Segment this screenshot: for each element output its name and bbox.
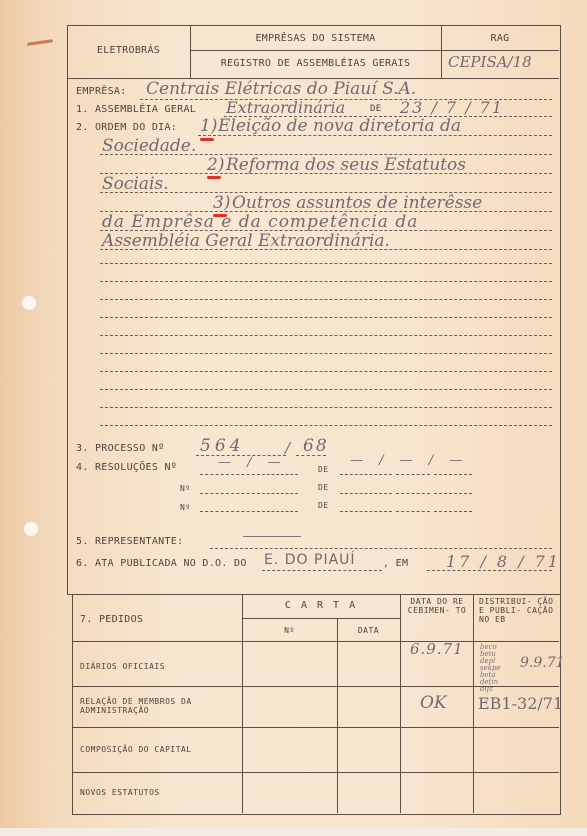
ata-label: 6. ATA PUBLICADA NO D.O. DO	[76, 558, 247, 569]
resolucao-no-line	[200, 474, 260, 475]
resolucao-de-line	[434, 474, 472, 475]
distribution-initials: beco betu depl sekpe beta detin difc	[480, 644, 501, 693]
processo-label: 3. PROCESSO Nº	[76, 443, 165, 454]
row-relacao-distribuicao: EB1-32/71	[478, 694, 563, 713]
agenda-item-2-text: Reforma dos seus Estatutos	[226, 155, 466, 175]
red-underline	[200, 138, 214, 141]
resolucao-no-line	[262, 474, 298, 475]
ruled-line	[100, 371, 552, 372]
ruled-line	[100, 263, 552, 264]
table-row-divider	[72, 772, 559, 773]
rag-label: RAG	[441, 33, 559, 44]
system-label: EMPRÊSAS DO SISTEMA	[190, 33, 441, 44]
processo-number: 564	[200, 436, 244, 456]
ata-do-value: E. DO PIAUÍ	[264, 552, 356, 568]
resolucao-value: — / —	[218, 455, 287, 470]
col-data-header: DATA	[337, 626, 400, 635]
row-label-capital: COMPOSIÇÃO DO CAPITAL	[80, 745, 192, 754]
col-distribuicao-header: DISTRIBUI- ÇÃO E PUBLI- CAÇÃO NO EB	[479, 597, 559, 624]
row-label-estatutos: NOVOS ESTATUTOS	[80, 788, 160, 797]
agenda-item-2-num: 2)	[207, 155, 224, 175]
resolucao-de-line	[396, 511, 430, 512]
assembleia-label: 1. ASSEMBLÉIA GERAL	[76, 104, 196, 115]
table-row-divider	[72, 641, 559, 642]
ata-date-value: 17 / 8 / 71	[446, 552, 561, 571]
agenda-item-1-num: 1)	[200, 116, 217, 136]
resolucao-no-line	[262, 511, 298, 512]
ruled-line	[100, 299, 552, 300]
ruled-line	[100, 317, 552, 318]
resolucao-de-line	[396, 493, 430, 494]
resolucao-de-line	[340, 511, 392, 512]
agenda-item-1-text: Eleição de nova diretoria da	[218, 116, 461, 136]
assembleia-date: 23 / 7 / 71	[400, 98, 504, 117]
table-col-divider	[400, 594, 401, 813]
agenda-item-3-num: 3)	[213, 193, 230, 213]
ruled-line	[100, 407, 552, 408]
header-row-divider	[190, 50, 559, 51]
representante-line	[210, 548, 552, 549]
representante-label: 5. REPRESENTANTE:	[76, 536, 183, 547]
agenda-item-3-text-cont2: Assembléia Geral Extraordinária.	[102, 231, 390, 251]
resolucao-no-line	[200, 493, 260, 494]
ruled-line	[100, 425, 552, 426]
org-name: ELETROBRÁS	[67, 45, 190, 56]
resolucoes-label: 4. RESOLUÇÕES Nº	[76, 462, 177, 473]
resolucao-de-line	[434, 493, 472, 494]
row-diarios-recebimento: 6.9.71	[410, 640, 464, 658]
resolucao-de-line	[396, 474, 430, 475]
table-subheader-divider	[242, 618, 400, 619]
ordem-label: 2. ORDEM DO DIA:	[76, 122, 177, 133]
ruled-line	[100, 281, 552, 282]
ruled-line	[100, 353, 552, 354]
rag-value: CEPISA/18	[448, 53, 532, 71]
resolucao-de-line	[340, 493, 392, 494]
row-label-diarios: DIÁRIOS OFICIAIS	[80, 662, 165, 671]
empresa-label: EMPRÊSA:	[76, 86, 127, 97]
resolucao-de-line	[340, 474, 392, 475]
agenda-item-3-text-cont: da Emprêsa e da competência da	[102, 212, 418, 232]
scan-edge	[0, 828, 587, 836]
resolucao-de-label: DE	[318, 483, 329, 492]
ruled-line	[100, 335, 552, 336]
punch-hole-icon	[24, 522, 38, 536]
col-no-header: Nº	[242, 626, 337, 635]
resolucao-no-label: Nº	[180, 484, 191, 493]
resolucao-de-label: DE	[318, 465, 329, 474]
assembleia-de-label: DE	[370, 104, 381, 114]
table-row-divider	[72, 727, 559, 728]
resolucao-de-line	[434, 511, 472, 512]
form-title: REGISTRO DE ASSEMBLÉIAS GERAIS	[190, 58, 441, 69]
resolucao-no-line	[200, 511, 260, 512]
row-diarios-distribuicao: 9.9.71	[520, 655, 565, 671]
ata-do-line	[262, 570, 382, 571]
pedidos-label: 7. PEDIDOS	[80, 614, 143, 625]
representante-value-dash	[243, 536, 301, 537]
table-col-divider	[473, 594, 474, 813]
resolucao-no-label: Nº	[180, 503, 191, 512]
col-recebimento-header: DATA DO RE CEBIMEN- TO	[401, 597, 473, 615]
row-label-relacao: RELAÇÃO DE MEMBROS DA ADMINISTRAÇÃO	[80, 697, 240, 715]
resolucao-no-line	[262, 493, 298, 494]
table-col-divider	[337, 618, 338, 813]
resolucao-de-value: — / — / —	[350, 453, 468, 468]
agenda-item-3-text: Outros assuntos de interêsse	[232, 193, 482, 213]
agenda-item-1-text-cont: Sociedade.	[102, 136, 196, 156]
carta-label: C A R T A	[242, 600, 400, 611]
resolucao-de-label: DE	[318, 501, 329, 510]
empresa-value: Centrais Elétricas do Piauí S.A.	[146, 79, 416, 99]
punch-hole-icon	[22, 296, 36, 310]
red-underline	[207, 176, 221, 179]
assembleia-type: Extraordinária	[226, 98, 345, 117]
ruled-line	[100, 389, 552, 390]
ata-em-label: , EM	[383, 558, 408, 569]
agenda-item-2-text-cont: Sociais.	[102, 174, 169, 194]
processo-year: 68	[303, 436, 329, 456]
row-relacao-recebimento: OK	[420, 693, 447, 713]
